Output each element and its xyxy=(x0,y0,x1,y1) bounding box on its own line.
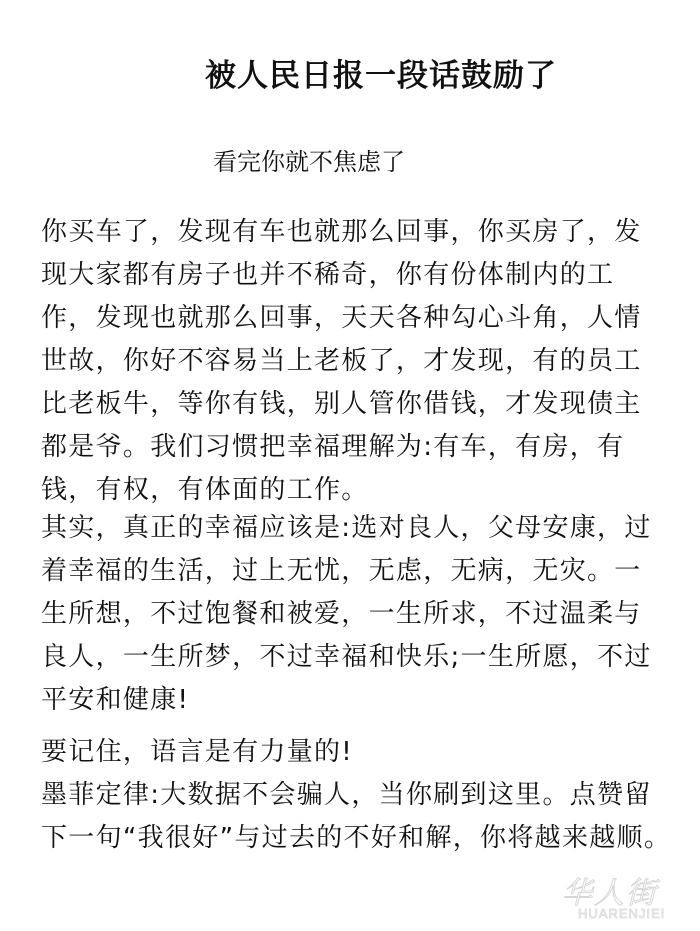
page-title: 被人民日报一段话鼓励了 xyxy=(205,56,557,96)
paragraph-2: 其实，真正的幸福应该是:选对良人，父母安康，过 着幸福的生活，过上无忧，无虑，无… xyxy=(41,507,691,722)
text-line: 世故，你好不容易当上老板了，才发现，有的员工 xyxy=(41,340,691,383)
page-subtitle: 看完你就不焦虑了 xyxy=(213,146,405,178)
text-line: 现大家都有房子也并不稀奇，你有份体制内的工 xyxy=(41,254,691,297)
text-line: 墨菲定律:大数据不会骗人，当你刷到这里。点赞留 xyxy=(41,774,691,817)
text-line: 生所想，不过饱餐和被爱，一生所求，不过温柔与 xyxy=(41,593,691,636)
text-line: 下一句“我很好”与过去的不好和解，你将越来越顺。 xyxy=(41,817,691,860)
text-line: 都是爷。我们习惯把幸福理解为:有车，有房，有 xyxy=(41,426,691,469)
text-line: 要记住，语言是有力量的! xyxy=(41,731,691,774)
watermark-latin-text: HUARENJIEI xyxy=(578,906,665,921)
text-line: 作，发现也就那么回事，天天各种勾心斗角，人情 xyxy=(41,297,691,340)
text-line: 比老板牛，等你有钱，别人管你借钱，才发现债主 xyxy=(41,383,691,426)
text-line: 其实，真正的幸福应该是:选对良人，父母安康，过 xyxy=(41,507,691,550)
text-line: 平安和健康! xyxy=(41,679,691,722)
text-line: 良人，一生所梦，不过幸福和快乐;一生所愿，不过 xyxy=(41,636,691,679)
paragraph-3: 要记住，语言是有力量的! 墨菲定律:大数据不会骗人，当你刷到这里。点赞留 下一句… xyxy=(41,731,691,860)
text-line: 你买车了，发现有车也就那么回事，你买房了，发 xyxy=(41,211,691,254)
text-line: 钱，有权，有体面的工作。 xyxy=(41,469,691,512)
paragraph-1: 你买车了，发现有车也就那么回事，你买房了，发 现大家都有房子也并不稀奇，你有份体… xyxy=(41,211,691,512)
watermark-logo: 华人街 HUARENJIEI xyxy=(562,868,692,926)
text-line: 着幸福的生活，过上无忧，无虑，无病，无灾。一 xyxy=(41,550,691,593)
